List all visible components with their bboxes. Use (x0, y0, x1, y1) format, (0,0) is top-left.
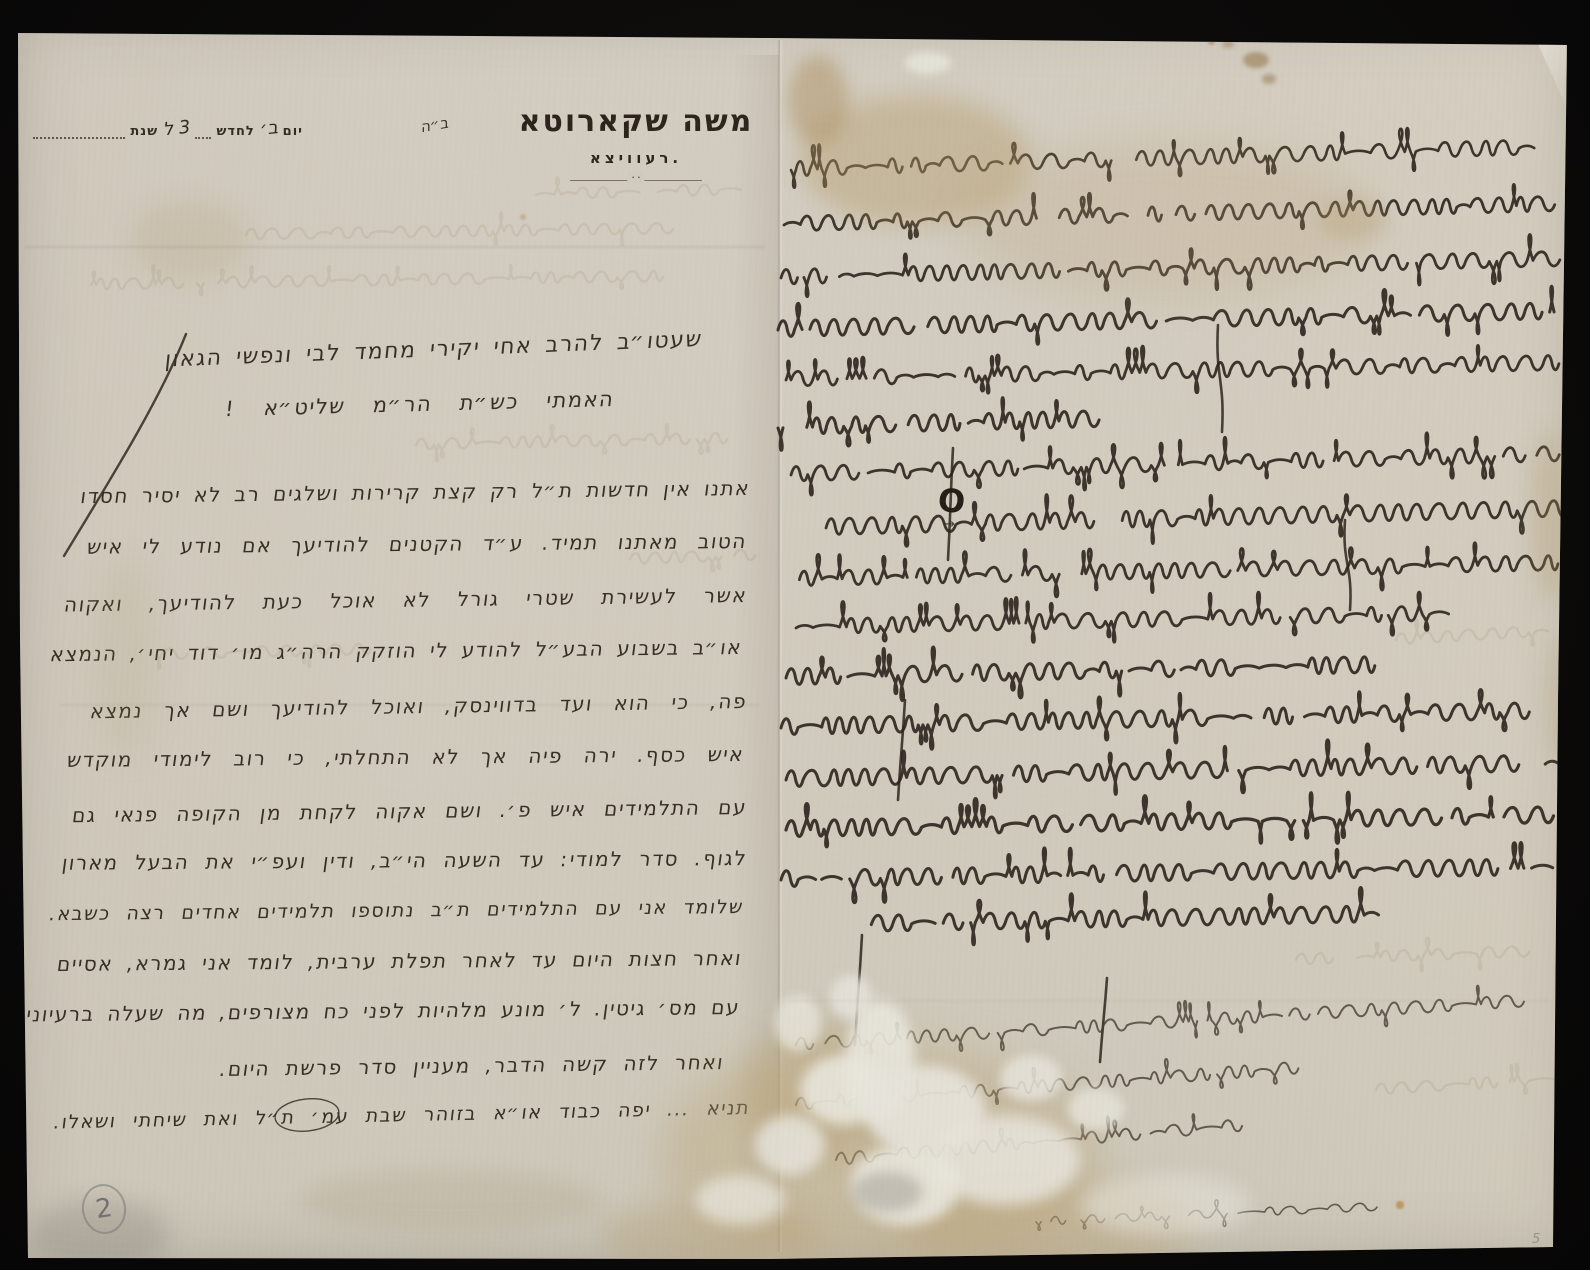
arrow-mark: → (944, 517, 955, 532)
cursive-line (1036, 1164, 1374, 1268)
scanner-bed: יום ב׳ לחדש 3 ל שנת ב״ה משה שקארוטא רעוו… (0, 0, 1590, 1270)
ghost-line (1396, 582, 1552, 686)
ghost-line (1296, 902, 1542, 1006)
pencil-corner-mark: 5 (1532, 1232, 1540, 1247)
ghost-line (1376, 1032, 1562, 1136)
handwritten-line: לגוף. סדר למודי: עד השעה הי״ב, ודין ועפ״… (60, 845, 747, 877)
ghost-line (416, 387, 732, 491)
ghost-line (536, 137, 752, 241)
inline-bold-o-mark: O (936, 481, 967, 522)
ghost-line (616, 502, 752, 606)
ghost-line (156, 597, 372, 701)
letter-paper: יום ב׳ לחדש 3 ל שנת ב״ה משה שקארוטא רעוו… (0, 0, 1590, 1270)
ghost-line (91, 227, 667, 331)
